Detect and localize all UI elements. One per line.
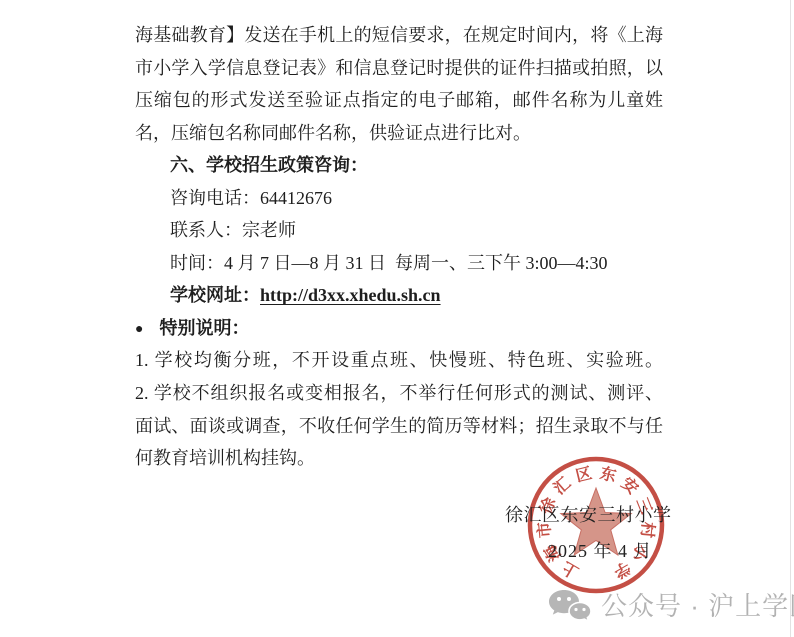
seal-arc-char: 东: [598, 463, 618, 485]
signature-date: 2025 年 4 月: [548, 537, 653, 563]
bullet-icon: ●: [135, 314, 143, 347]
note-1: 1. 学校均衡分班，不开设重点班、快慢班、特色班、实验班。: [135, 344, 663, 377]
intro-line: 名，压缩包名称同邮件名称，供验证点进行比对。: [135, 117, 663, 150]
school-website-link[interactable]: http://d3xx.xhedu.sh.cn: [260, 285, 441, 305]
consult-website-line: 学校网址：http://d3xx.xhedu.sh.cn: [135, 279, 663, 312]
special-notes-heading: 特别说明：: [159, 318, 249, 338]
intro-line: 海基础教育】发送在手机上的短信要求，在规定时间内，将《上海: [135, 19, 663, 52]
seal-arc-char: 区: [574, 464, 594, 485]
consult-contact: 联系人：宗老师: [135, 214, 663, 247]
note-2-line: 面试、面谈或调查，不收任何学生的简历等材料；招生录取不与任: [135, 410, 663, 443]
seal-arc-char: 汇: [550, 474, 574, 498]
intro-line: 市小学入学信息登记表》和信息登记时提供的证件扫描或拍照，以: [135, 52, 663, 85]
signature-school-name: 徐汇区东安三村小学: [505, 501, 672, 527]
special-notes-heading-line: ●特别说明：: [135, 312, 663, 345]
note-2-line: 2. 学校不组织报名或变相报名，不举行任何形式的测试、测评、: [135, 377, 663, 410]
intro-line: 压缩包的形式发送至验证点指定的电子邮箱，邮件名称为儿童姓: [135, 84, 663, 117]
document-body: 海基础教育】发送在手机上的短信要求，在规定时间内，将《上海 市小学入学信息登记表…: [135, 19, 663, 475]
page-edge-divider: [790, 0, 791, 637]
consult-time: 时间：4 月 7 日—8 月 31 日 每周一、三下午 3:00—4:30: [135, 247, 663, 280]
website-label: 学校网址：: [170, 285, 260, 305]
section-heading-consult: 六、学校招生政策咨询：: [135, 149, 663, 182]
consult-phone: 咨询电话：64412676: [135, 182, 663, 215]
document-page: 海基础教育】发送在手机上的短信要求，在规定时间内，将《上海 市小学入学信息登记表…: [0, 0, 794, 637]
